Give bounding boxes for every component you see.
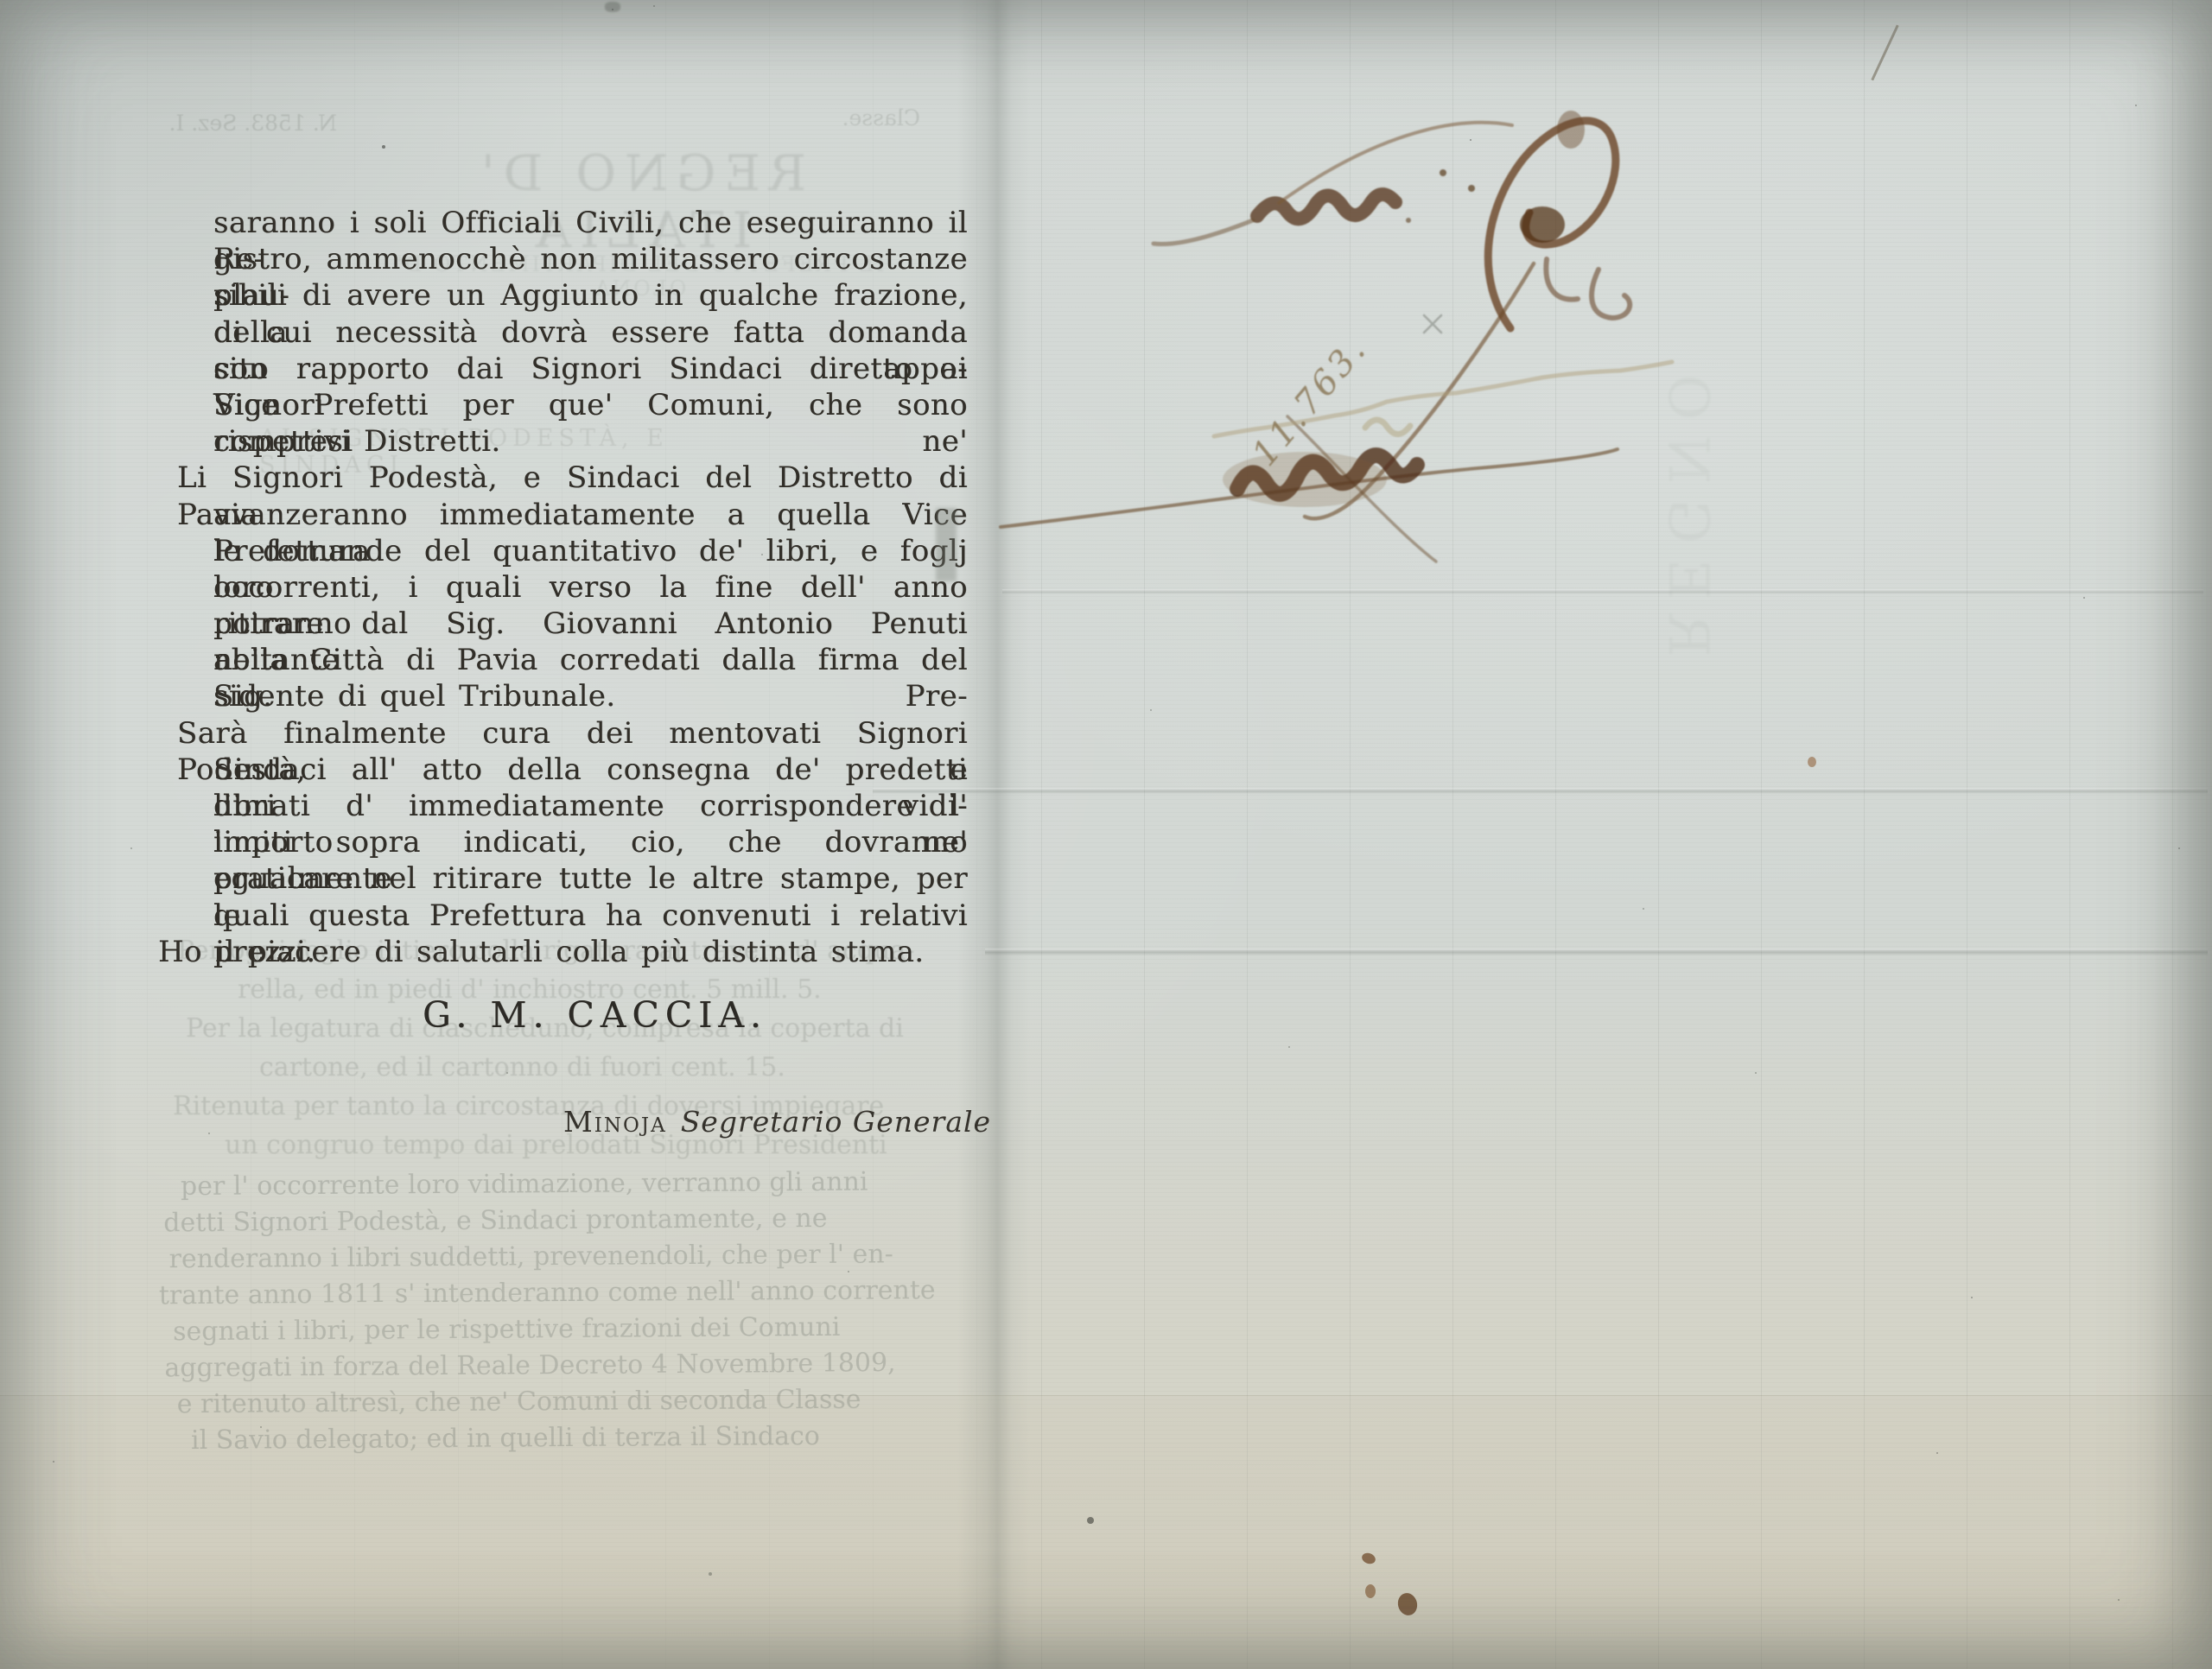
- fold-crease: [873, 788, 2208, 794]
- printed-line: saranno i soli Officiali Civili, che ese…: [213, 205, 968, 241]
- countersign-title: Segretario Generale: [681, 1105, 991, 1139]
- printed-line: Ho il piacere di salutarli colla più dis…: [158, 934, 968, 970]
- fold-crease: [1002, 589, 2203, 594]
- bleedthrough-header-left: N. 1583. Sez. I.: [130, 111, 337, 136]
- printed-line: Sarà finalmente cura dei mentovati Signo…: [177, 715, 968, 752]
- printed-line: praticare nel ritirare tutte le altre st…: [213, 860, 968, 897]
- ink-stain: [1365, 1584, 1376, 1598]
- printed-line: sibili di avere un Aggiunto in qualche f…: [213, 277, 968, 314]
- print-smudge: [936, 508, 957, 581]
- bleedthrough-line: detti Signori Podestà, e Sindaci prontam…: [163, 1200, 971, 1242]
- countersignature-line: MinojaSegretario Generale: [563, 1105, 991, 1139]
- printed-line: Li Signori Podestà, e Sindaci del Distre…: [177, 460, 968, 496]
- printed-line: dimati d' immediatamente corrispondere l…: [213, 788, 968, 824]
- letter-paragraph: Ho il piacere di salutarli colla più dis…: [177, 934, 968, 970]
- document-photo: N. 1583. Sez. I. Classe. REGNO D' ITALIA…: [0, 0, 2212, 1669]
- printed-line: occorrenti, i quali verso la fine dell' …: [213, 569, 968, 606]
- bleedthrough-line: il Savio delegato; ed in quelli di terza…: [191, 1418, 973, 1459]
- ink-stain: [1395, 1591, 1420, 1618]
- printed-line: avanzeranno immediatamente a quella Vice…: [213, 497, 968, 533]
- printed-line: limiti sopra indicati, cio, che dovranno…: [213, 824, 968, 860]
- bleedthrough-line: segnati i libri, per le rispettive frazi…: [173, 1309, 972, 1350]
- printed-line: nella Città di Pavia corredati dalla fir…: [213, 642, 968, 678]
- ink-stain: [1360, 1552, 1376, 1566]
- printed-line: ritirare dal Sig. Giovanni Antonio Penut…: [213, 606, 968, 642]
- fold-crease: [985, 949, 2208, 955]
- bleedthrough-line: cartone, ed il cartonno di fuori cent. 1…: [259, 1048, 968, 1087]
- bleedthrough-line: trante anno 1811 s' intenderanno come ne…: [159, 1272, 972, 1315]
- paper-tone-band: [0, 1395, 2212, 1669]
- printed-line: sito rapporto dai Signori Sindaci dirett…: [213, 351, 968, 387]
- paper-nick: [605, 2, 620, 12]
- ink-stain: [1808, 757, 1816, 767]
- center-fold-gutter: [957, 0, 1030, 1669]
- bleedthrough-line: per l' occorrente loro vidimazione, verr…: [181, 1164, 971, 1205]
- bleedthrough-lower-block: per l' occorrente loro vidimazione, verr…: [163, 1164, 973, 1460]
- printed-line: Sindaci all' atto della consegna de' pre…: [213, 752, 968, 788]
- bleedthrough-line: renderanno i libri suddetti, prevenendol…: [168, 1236, 971, 1278]
- signature-caccia: G. M. CACCIA.: [423, 994, 767, 1036]
- printed-line: di cui necessità dovrà essere fatta doma…: [213, 314, 968, 351]
- bleedthrough-line: e ritenuto altresì, che ne' Comuni di se…: [177, 1381, 973, 1423]
- bleedthrough-header-right: Classe.: [817, 105, 920, 130]
- paper-chain-lines-right: [1041, 0, 2212, 1669]
- countersign-name: Minoja: [563, 1105, 667, 1139]
- letter-paragraph: saranno i soli Officiali Civili, che ese…: [177, 205, 968, 460]
- letter-paragraph: Sarà finalmente cura dei mentovati Signo…: [177, 715, 968, 934]
- printed-line: quali questa Prefettura ha convenuti i r…: [213, 898, 968, 934]
- printed-line: gistro, ammenocchè non militassero circo…: [213, 241, 968, 277]
- letter-paragraph: Li Signori Podestà, e Sindaci del Distre…: [177, 460, 968, 714]
- printed-line: Vice Prefetti per que' Comuni, che sono …: [213, 387, 968, 423]
- bleedthrough-line: aggregati in forza del Reale Decreto 4 N…: [164, 1345, 972, 1387]
- handwritten-ink-annotation: 11.763.: [994, 43, 1858, 579]
- handwritten-number: 11.763.: [1244, 328, 1375, 473]
- bleedthrough-right-page-fragment: REGNO: [1656, 359, 1719, 657]
- printed-line: le domande del quantitativo de' libri, e…: [213, 533, 968, 569]
- paper-specks: [382, 145, 385, 149]
- ink-stroke-corner: [1871, 25, 1898, 81]
- letter-body: saranno i soli Officiali Civili, che ese…: [177, 205, 968, 970]
